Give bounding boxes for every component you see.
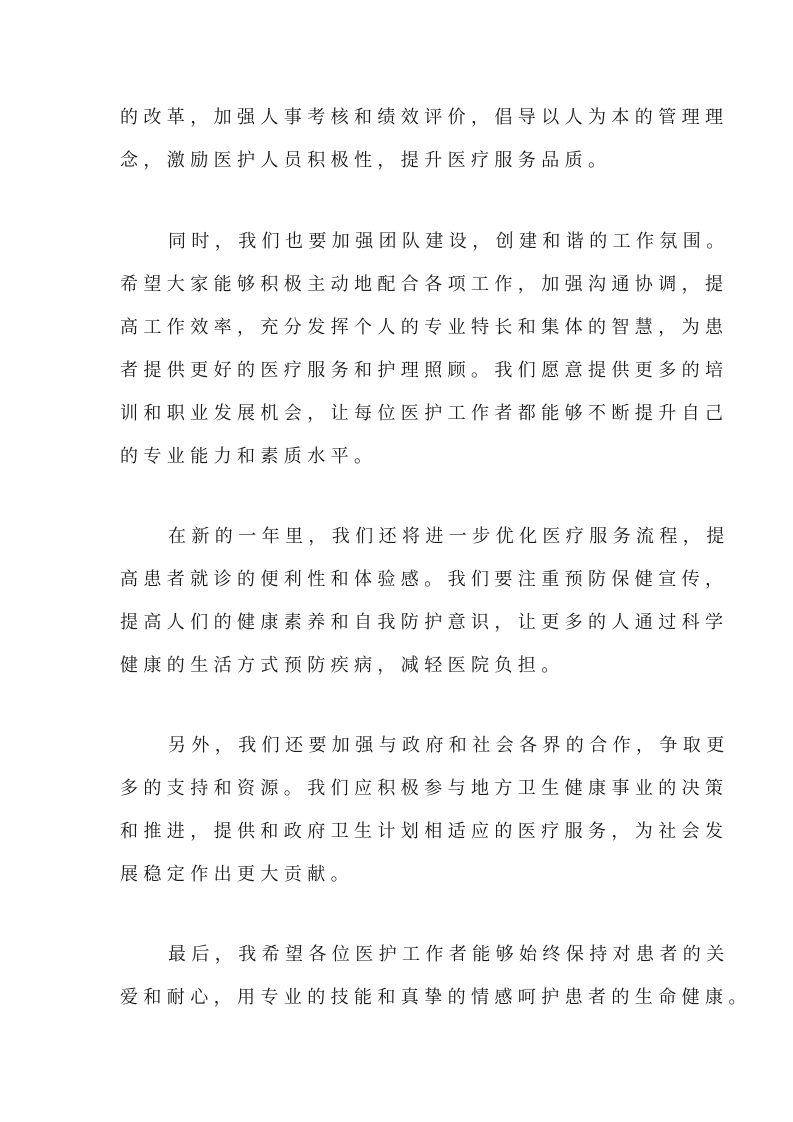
text-line: 念，激励医护人员积极性，提升医疗服务品质。 xyxy=(120,139,680,182)
text-line: 多的支持和资源。我们应积极参与地方卫生健康事业的决策 xyxy=(120,767,680,810)
text-line: 和推进，提供和政府卫生计划相适应的医疗服务，为社会发 xyxy=(120,810,680,853)
text-line: 高工作效率，充分发挥个人的专业特长和集体的智慧，为患 xyxy=(120,306,680,349)
paragraph-2: 同时，我们也要加强团队建设，创建和谐的工作氛围。 希望大家能够积极主动地配合各项… xyxy=(120,220,680,478)
document-page: 的改革，加强人事考核和绩效评价，倡导以人为本的管理理 念，激励医护人员积极性，提… xyxy=(0,0,793,1122)
text-line: 的改革，加强人事考核和绩效评价，倡导以人为本的管理理 xyxy=(120,96,680,139)
text-line: 高患者就诊的便利性和体验感。我们要注重预防保健宣传， xyxy=(120,558,680,601)
text-line: 健康的生活方式预防疾病，减轻医院负担。 xyxy=(120,644,680,687)
text-line: 爱和耐心，用专业的技能和真挚的情感呵护患者的生命健康。 xyxy=(120,976,680,1019)
text-line: 同时，我们也要加强团队建设，创建和谐的工作氛围。 xyxy=(120,220,680,263)
paragraph-5: 最后，我希望各位医护工作者能够始终保持对患者的关 爱和耐心，用专业的技能和真挚的… xyxy=(120,933,680,1019)
text-line: 最后，我希望各位医护工作者能够始终保持对患者的关 xyxy=(120,933,680,976)
text-line: 提高人们的健康素养和自我防护意识，让更多的人通过科学 xyxy=(120,601,680,644)
paragraph-1: 的改革，加强人事考核和绩效评价，倡导以人为本的管理理 念，激励医护人员积极性，提… xyxy=(120,96,680,182)
paragraph-3: 在新的一年里，我们还将进一步优化医疗服务流程，提 高患者就诊的便利性和体验感。我… xyxy=(120,515,680,687)
text-line: 在新的一年里，我们还将进一步优化医疗服务流程，提 xyxy=(120,515,680,558)
text-line: 希望大家能够积极主动地配合各项工作，加强沟通协调，提 xyxy=(120,263,680,306)
text-line: 的专业能力和素质水平。 xyxy=(120,435,680,478)
text-line: 展稳定作出更大贡献。 xyxy=(120,853,680,896)
text-line: 训和职业发展机会，让每位医护工作者都能够不断提升自己 xyxy=(120,392,680,435)
text-line: 者提供更好的医疗服务和护理照顾。我们愿意提供更多的培 xyxy=(120,349,680,392)
text-line: 另外，我们还要加强与政府和社会各界的合作，争取更 xyxy=(120,724,680,767)
paragraph-4: 另外，我们还要加强与政府和社会各界的合作，争取更 多的支持和资源。我们应积极参与… xyxy=(120,724,680,896)
